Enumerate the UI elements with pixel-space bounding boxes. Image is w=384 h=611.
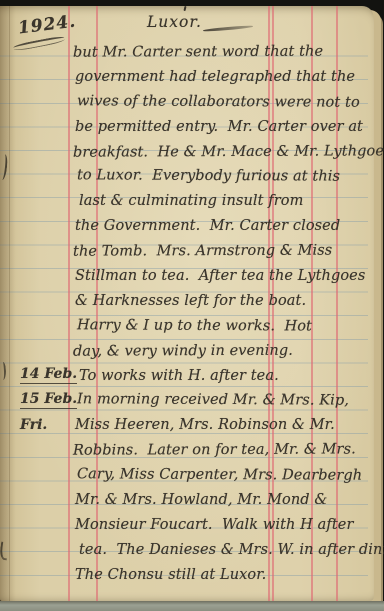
entry-line: The Chonsu still at Luxor. (75, 563, 370, 588)
margin-date-15-feb: 15 Feb. (20, 391, 77, 409)
entry-line: day, & very windy in evening. (73, 338, 368, 364)
page-title: Luxor. (147, 13, 202, 31)
entry-line: be permitted entry. Mr. Carter over at (75, 115, 370, 140)
binding-gutter-shadow (0, 6, 16, 601)
entry-line: Harry & I up to the works. Hot (77, 313, 372, 339)
bottom-shelf-edge (0, 601, 384, 611)
entry-line: to Luxor. Everybody furious at this (77, 164, 372, 190)
red-margin-rule (68, 6, 70, 601)
entry-line: Monsieur Foucart. Walk with H after (75, 513, 370, 538)
entry-line: Stillman to tea. After tea the Lythgoes (75, 264, 370, 289)
stray-ink-mark (183, 6, 186, 11)
entry-line: last & culminating insult from (79, 189, 374, 214)
entry-line: Mr. & Mrs. Howland, Mr. Mond & (75, 488, 370, 513)
entry-line: government had telegraphed that the (75, 65, 370, 90)
margin-date-14-feb: 14 Feb. (20, 366, 77, 384)
entry-line: but Mr. Carter sent word that the (73, 39, 368, 65)
entry-line: Robbins. Later on for tea, Mr. & Mrs. (73, 438, 368, 464)
journal-page: 1924. Luxor. but Mr. Carter sent word th… (0, 6, 374, 601)
entry-line: the Government. Mr. Carter closed (75, 214, 370, 239)
entry-line: Miss Heeren, Mrs. Robinson & Mr. (75, 413, 370, 438)
entry-line: tea. The Danieses & Mrs. W. in after din… (79, 538, 374, 563)
gutter-crease (9, 6, 10, 601)
diary-entry-text: but Mr. Carter sent word that the govern… (75, 40, 370, 588)
title-flourish-dash (203, 25, 253, 32)
entry-line: In morning received Mr. & Mrs. Kip, (77, 388, 372, 414)
entry-line: To works with H. after tea. (79, 364, 374, 389)
entry-line: breakfast. He & Mr. Mace & Mr. Lythgoe (73, 139, 368, 165)
margin-day-fri: Fri. (20, 417, 47, 433)
entry-line: wives of the collaborators were not to (77, 89, 372, 115)
journal-page-photo: 1924. Luxor. but Mr. Carter sent word th… (0, 0, 384, 611)
entry-line: Cary, Miss Carpenter, Mrs. Dearbergh (77, 462, 372, 488)
entry-line: the Tomb. Mrs. Armstrong & Miss (73, 238, 368, 264)
entry-line: & Harknesses left for the boat. (75, 289, 370, 314)
